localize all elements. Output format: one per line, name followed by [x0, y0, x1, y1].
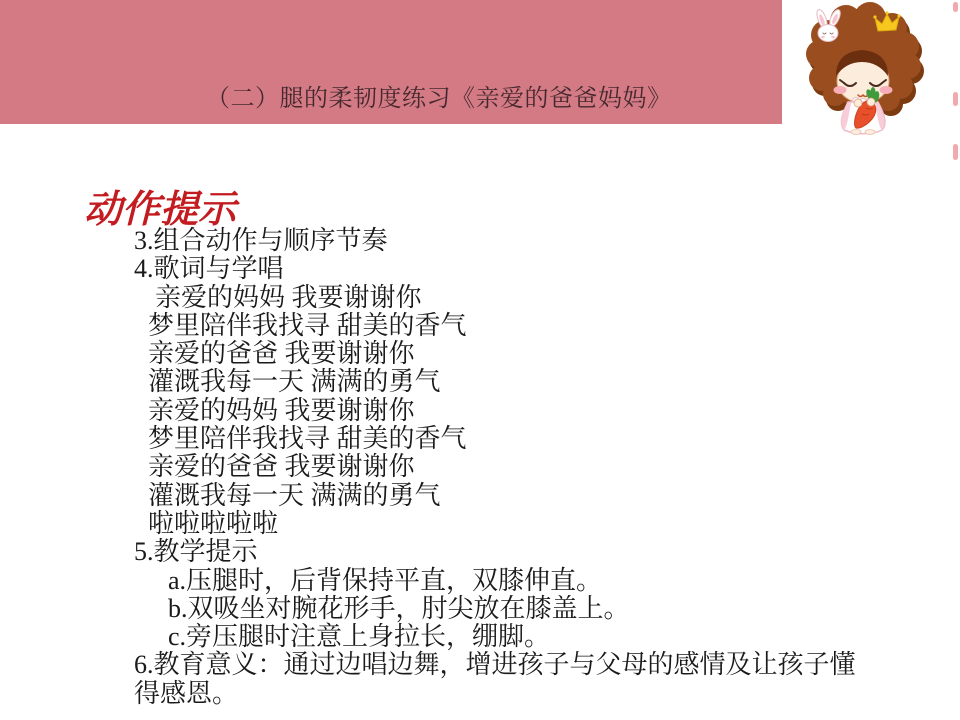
right-edge-decoration [953, 92, 958, 106]
right-edge-decoration [953, 2, 958, 12]
body-line: 亲爱的爸爸 我要谢谢你 [128, 453, 928, 481]
body-line: 3.组合动作与顺序节奏 [128, 227, 928, 255]
body-line: 5.教学提示 [128, 538, 928, 566]
body-line: 6.教育意义：通过边唱边舞，增进孩子与父母的感情及让孩子懂 [128, 651, 928, 679]
body-line: 梦里陪伴我找寻 甜美的香气 [128, 425, 928, 453]
body-line: c.旁压腿时注意上身拉长，绷脚。 [128, 623, 928, 651]
section-title: 动作提示 [84, 178, 236, 233]
body-line: b.双吸坐对腕花形手，肘尖放在膝盖上。 [128, 595, 928, 623]
body-line: 啦啦啦啦啦 [128, 510, 928, 538]
slide-title: （二）腿的柔韧度练习《亲爱的爸爸妈妈》 [206, 84, 672, 114]
body-text-block: 3.组合动作与顺序节奏4.歌词与学唱亲爱的妈妈 我要谢谢你梦里陪伴我找寻 甜美的… [128, 227, 928, 708]
header-band: （二）腿的柔韧度练习《亲爱的爸爸妈妈》 [0, 0, 782, 124]
body-line: 亲爱的妈妈 我要谢谢你 [128, 397, 928, 425]
body-line: 梦里陪伴我找寻 甜美的香气 [128, 312, 928, 340]
body-line: 亲爱的爸爸 我要谢谢你 [128, 340, 928, 368]
body-line: 灌溉我每一天 满满的勇气 [128, 368, 928, 396]
girl-afro-rabbit-crown-carrot-icon [778, 2, 960, 147]
body-line: 亲爱的妈妈 我要谢谢你 [128, 284, 928, 312]
right-edge-decoration [953, 144, 958, 160]
presentation-slide: （二）腿的柔韧度练习《亲爱的爸爸妈妈》 [0, 0, 960, 720]
body-line: a.压腿时，后背保持平直，双膝伸直。 [128, 567, 928, 595]
body-line: 得感恩。 [128, 680, 928, 708]
body-line: 灌溉我每一天 满满的勇气 [128, 482, 928, 510]
body-line: 4.歌词与学唱 [128, 255, 928, 283]
mascot-girl-illustration [778, 2, 960, 147]
